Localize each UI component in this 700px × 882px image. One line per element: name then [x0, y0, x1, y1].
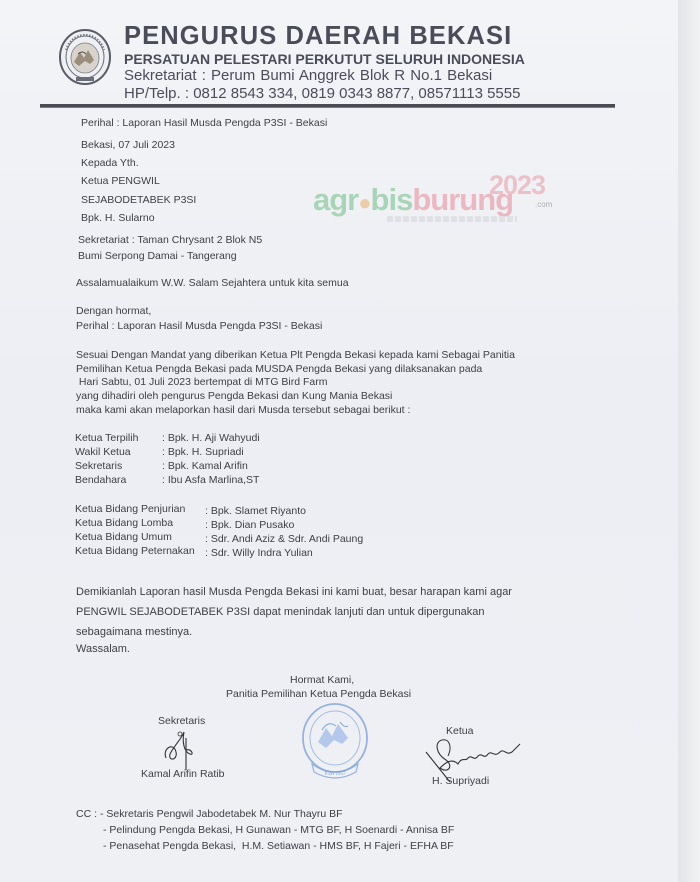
closing-line: PENGWIL SEJABODETABEK P3SI dapat meninda…: [76, 606, 484, 618]
chair-name: H. Supriyadi: [432, 775, 489, 787]
body-line: Hari Sabtu, 01 Juli 2023 bertempat di MT…: [76, 376, 328, 388]
svg-text:P3SI 1957: P3SI 1957: [325, 772, 346, 777]
division-head: : Sdr. Andi Aziz & Sdr. Andi Paung: [205, 533, 363, 545]
officer-name: : Bpk. Kamal Arifin: [162, 460, 248, 472]
page-edge: [678, 0, 700, 882]
cc-line: - Penasehat Pengda Bekasi, H.M. Setiawan…: [103, 840, 454, 852]
closing-line: Demikianlah Laporan hasil Musda Pengda B…: [76, 586, 512, 598]
recipient-line: SEJABODETABEK P3SI: [81, 194, 196, 206]
division-head: : Bpk. Slamet Riyanto: [205, 505, 306, 517]
cc-line: - Pelindung Pengda Bekasi, H Gunawan - M…: [103, 824, 454, 836]
organization-seal: P3SI 1957: [300, 700, 370, 780]
body-line: yang dihadiri oleh pengurus Pengda Bekas…: [76, 390, 392, 402]
letterhead-subtitle: PERSATUAN PELESTARI PERKUTUT SELURUH IND…: [124, 51, 525, 67]
salutation: Dengan hormat,: [76, 305, 151, 317]
division-role: Ketua Bidang Lomba: [75, 517, 173, 529]
subject: Perihal : Laporan Hasil Musda Pengda P3S…: [76, 320, 322, 332]
secretary-title: Sekretaris: [158, 715, 205, 727]
recipient-line: Kepada Yth.: [81, 157, 139, 169]
cc-line: - Sekretaris Pengwil Jabodetabek M. Nur …: [100, 808, 343, 820]
recipient-line: Bpk. H. Sularno: [81, 212, 155, 224]
division-role: Ketua Bidang Peternakan: [75, 545, 195, 557]
watermark-tagline: [387, 216, 517, 222]
org-emblem-icon: [58, 28, 112, 86]
division-head: : Bpk. Dian Pusako: [205, 519, 294, 531]
letterhead-divider: [40, 104, 615, 108]
closing-line: Wassalam.: [76, 643, 130, 655]
body-line: Pemilihan Ketua Pengda Bekasi pada MUSDA…: [76, 363, 482, 375]
cc-label: CC :: [76, 808, 97, 820]
closing-line: sebagaimana mestinya.: [76, 626, 192, 638]
division-head: : Sdr. Willy Indra Yulian: [205, 547, 313, 559]
division-role: Ketua Bidang Penjurian: [75, 503, 185, 515]
officer-name: : Ibu Asfa Marlina,ST: [162, 474, 259, 486]
watermark-brand-b: bis: [371, 182, 413, 217]
letter-page: PENGURUS DAERAH BEKASI PERSATUAN PELESTA…: [0, 0, 678, 882]
division-role: Ketua Bidang Umum: [75, 531, 172, 543]
body-line: maka kami akan melaporkan hasil dari Mus…: [76, 404, 410, 416]
officer-role: Ketua Terpilih: [75, 432, 138, 444]
committee-name: Panitia Pemilihan Ketua Pengda Bekasi: [226, 688, 411, 700]
officer-role: Bendahara: [75, 474, 126, 486]
secretary-name: Kamal Arifin Ratib: [141, 768, 224, 780]
letterhead-title: PENGURUS DAERAH BEKASI: [124, 22, 512, 51]
watermark-brand-c: burung: [412, 182, 513, 217]
secretary-signature: [160, 728, 200, 772]
officer-name: : Bpk. H. Supriadi: [162, 446, 244, 458]
recipient-address-line: Sekretariat : Taman Chrysant 2 Blok N5: [78, 234, 262, 246]
watermark-brand-a: agr: [313, 182, 358, 217]
bird-icon: ●: [358, 190, 370, 215]
letterhead-address: Sekretariat : Perum Bumi Anggrek Blok R …: [124, 67, 492, 84]
greeting: Assalamualaikum W.W. Salam Sejahtera unt…: [76, 277, 349, 289]
subject-top: Perihal : Laporan Hasil Musda Pengda P3S…: [81, 117, 327, 129]
watermark-domain: .com: [535, 200, 552, 209]
officer-name: : Bpk. H. Aji Wahyudi: [162, 432, 260, 444]
regards: Hormat Kami,: [290, 674, 354, 686]
letterhead-phone: HP/Telp. : 0812 8543 334, 0819 0343 8877…: [124, 85, 520, 102]
body-line: Sesuai Dengan Mandat yang diberikan Ketu…: [76, 349, 515, 361]
letter-date: Bekasi, 07 Juli 2023: [81, 139, 175, 151]
recipient-address-line: Bumi Serpong Damai - Tangerang: [78, 250, 237, 262]
recipient-line: Ketua PENGWIL: [81, 175, 160, 187]
watermark-brand: agr●bisburung: [313, 182, 513, 218]
officer-role: Sekretaris: [75, 460, 122, 472]
officer-role: Wakil Ketua: [75, 446, 131, 458]
